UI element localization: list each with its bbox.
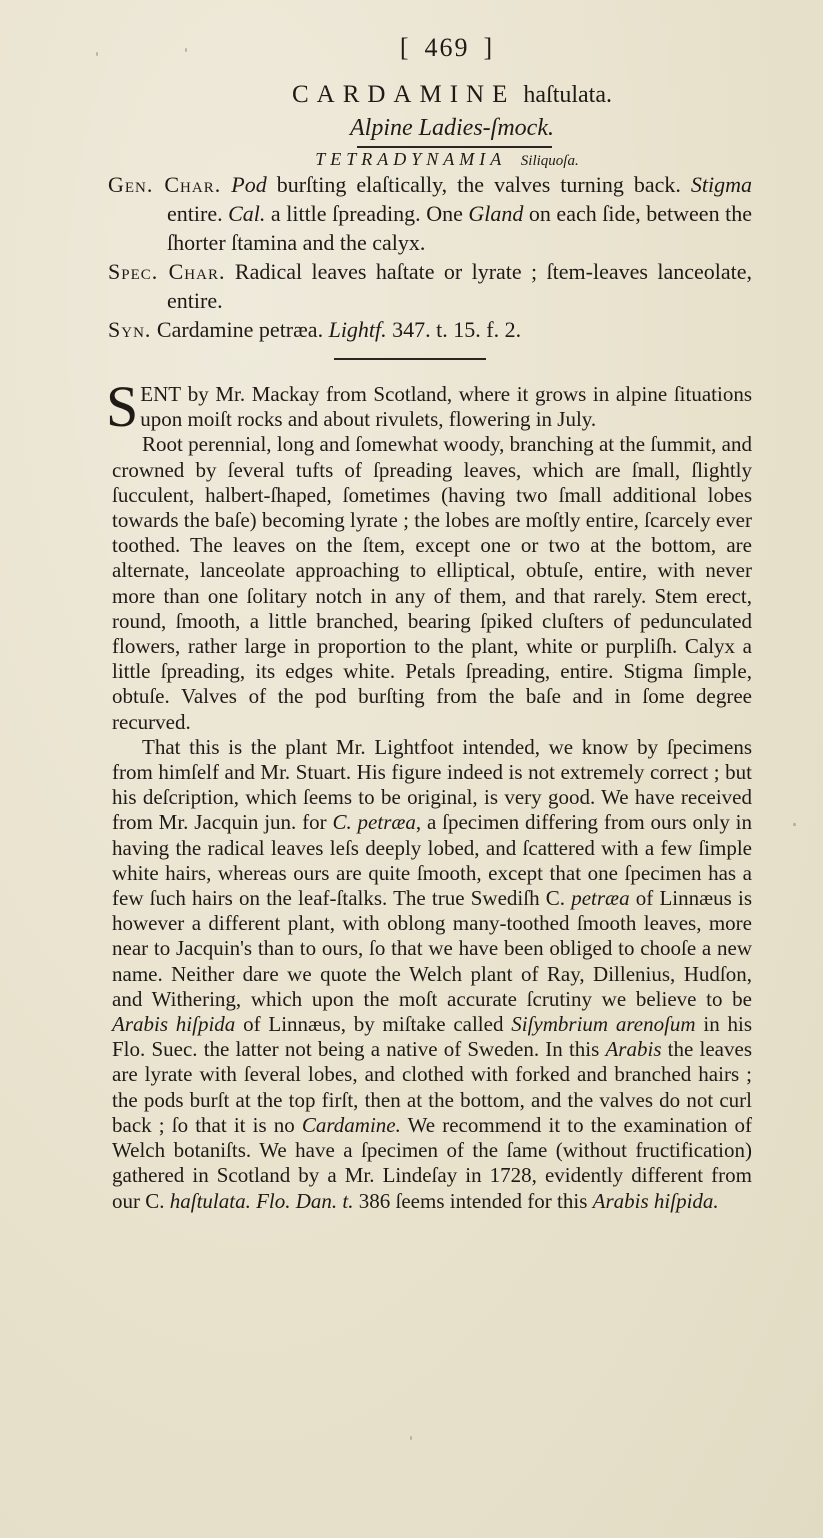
- syn-label: Syn.: [108, 317, 151, 342]
- paragraph-taxonomy-notes: That this is the plant Mr. Lightfoot int…: [112, 735, 752, 1214]
- page-number-value: 469: [425, 33, 470, 62]
- gen-char-text: Pod burſting elaſtically, the valves tur…: [167, 172, 752, 255]
- italic-run: Gland: [468, 201, 523, 226]
- class-name: TETRADYNAMIA: [315, 149, 506, 169]
- text-run: of Linnæus, by miſtake called: [235, 1012, 511, 1036]
- syn-name: Cardamine petræa.: [157, 317, 323, 342]
- italic-run: Stigma: [691, 172, 752, 197]
- linnaean-classification: TETRADYNAMIA Siliquoſa.: [142, 148, 752, 170]
- paper-speck: [185, 48, 187, 52]
- book-page: [469] CARDAMINE haſtulata. Alpine Ladies…: [112, 30, 752, 1214]
- spec-char-label: Spec. Char.: [108, 259, 225, 284]
- italic-run: Flo. Dan. t.: [256, 1189, 353, 1213]
- synonym: Syn. Cardamine petræa. Lightf. 347. t. 1…: [112, 315, 752, 344]
- paper-speck: [652, 468, 654, 472]
- text-run: 386 ſeems intended for this: [354, 1189, 593, 1213]
- text-run: entire.: [167, 201, 228, 226]
- text-run: a little ſpreading. One: [265, 201, 468, 226]
- italic-run: C. petræa: [332, 810, 415, 834]
- italic-run: Siſymbrium arenoſum: [511, 1012, 695, 1036]
- paragraph-morphology: Root perennial, long and ſomewhat woody,…: [112, 432, 752, 734]
- drop-cap: S: [106, 384, 138, 430]
- italic-run: haſtulata.: [170, 1189, 251, 1213]
- page-number-close-bracket: ]: [484, 33, 495, 62]
- italic-run: Pod: [231, 172, 266, 197]
- page-number: [469]: [142, 30, 752, 66]
- species-epithet: haſtulata.: [523, 82, 612, 108]
- genus-name: CARDAMINE: [292, 81, 515, 108]
- common-name: Alpine Ladies-ſmock.: [152, 112, 752, 144]
- generic-character: Gen. Char. Pod burſting elaſtically, the…: [112, 170, 752, 257]
- order-name: Siliquoſa.: [521, 153, 579, 169]
- italic-run: Arabis: [605, 1037, 661, 1061]
- page-number-open-bracket: [: [400, 33, 411, 62]
- spec-char-text: Radical leaves haſtate or lyrate ; ſtem-…: [167, 259, 752, 313]
- paper-speck: [410, 1436, 412, 1440]
- gen-char-label: Gen. Char.: [108, 172, 221, 197]
- italic-run: petræa: [571, 886, 629, 910]
- section-divider: [334, 358, 486, 360]
- italic-run: Arabis hiſpida: [112, 1012, 235, 1036]
- italic-run: Arabis hiſpida.: [593, 1189, 719, 1213]
- text-run: burſting elaſtically, the valves turning…: [267, 172, 691, 197]
- syn-reference: 347. t. 15. f. 2.: [392, 317, 521, 342]
- paragraph-origin-text: by Mr. Mackay from Scotland, where it gr…: [140, 382, 752, 431]
- italic-run: Cardamine.: [302, 1113, 401, 1137]
- specific-character: Spec. Char. Radical leaves haſtate or ly…: [112, 257, 752, 315]
- paragraph-origin: SENT by Mr. Mackay from Scotland, where …: [112, 382, 752, 432]
- paper-speck: [96, 52, 98, 56]
- description-body: SENT by Mr. Mackay from Scotland, where …: [112, 382, 752, 1214]
- paper-speck: [793, 823, 796, 826]
- lead-word: ENT: [140, 382, 181, 406]
- italic-run: Cal.: [228, 201, 265, 226]
- syn-citation: Lightf.: [329, 317, 387, 342]
- species-title: CARDAMINE haſtulata.: [152, 78, 752, 112]
